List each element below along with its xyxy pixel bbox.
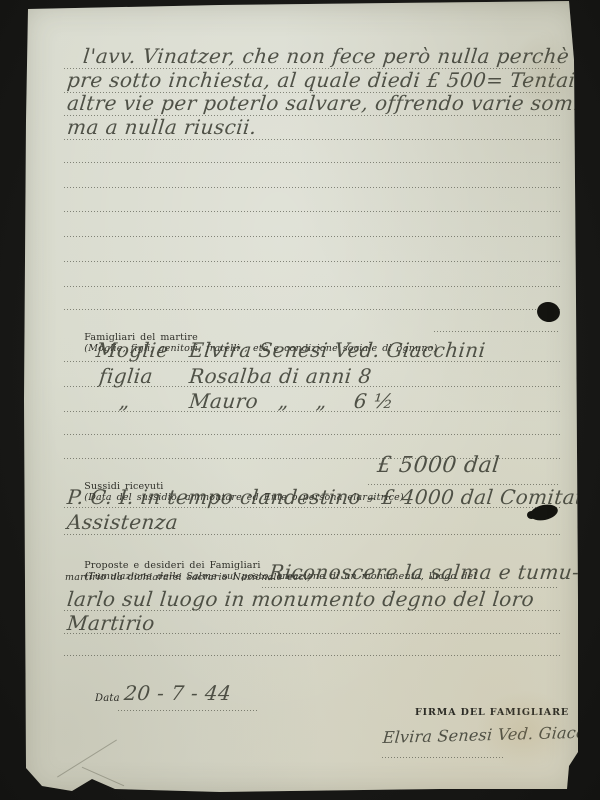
document-page: l'avv. Vinatzer, che non fece però nulla… bbox=[20, 0, 582, 798]
photo-background: { "intro": { "line1": "l'avv. Vinatzer, … bbox=[0, 0, 600, 800]
paper-edge-shading bbox=[20, 0, 582, 798]
